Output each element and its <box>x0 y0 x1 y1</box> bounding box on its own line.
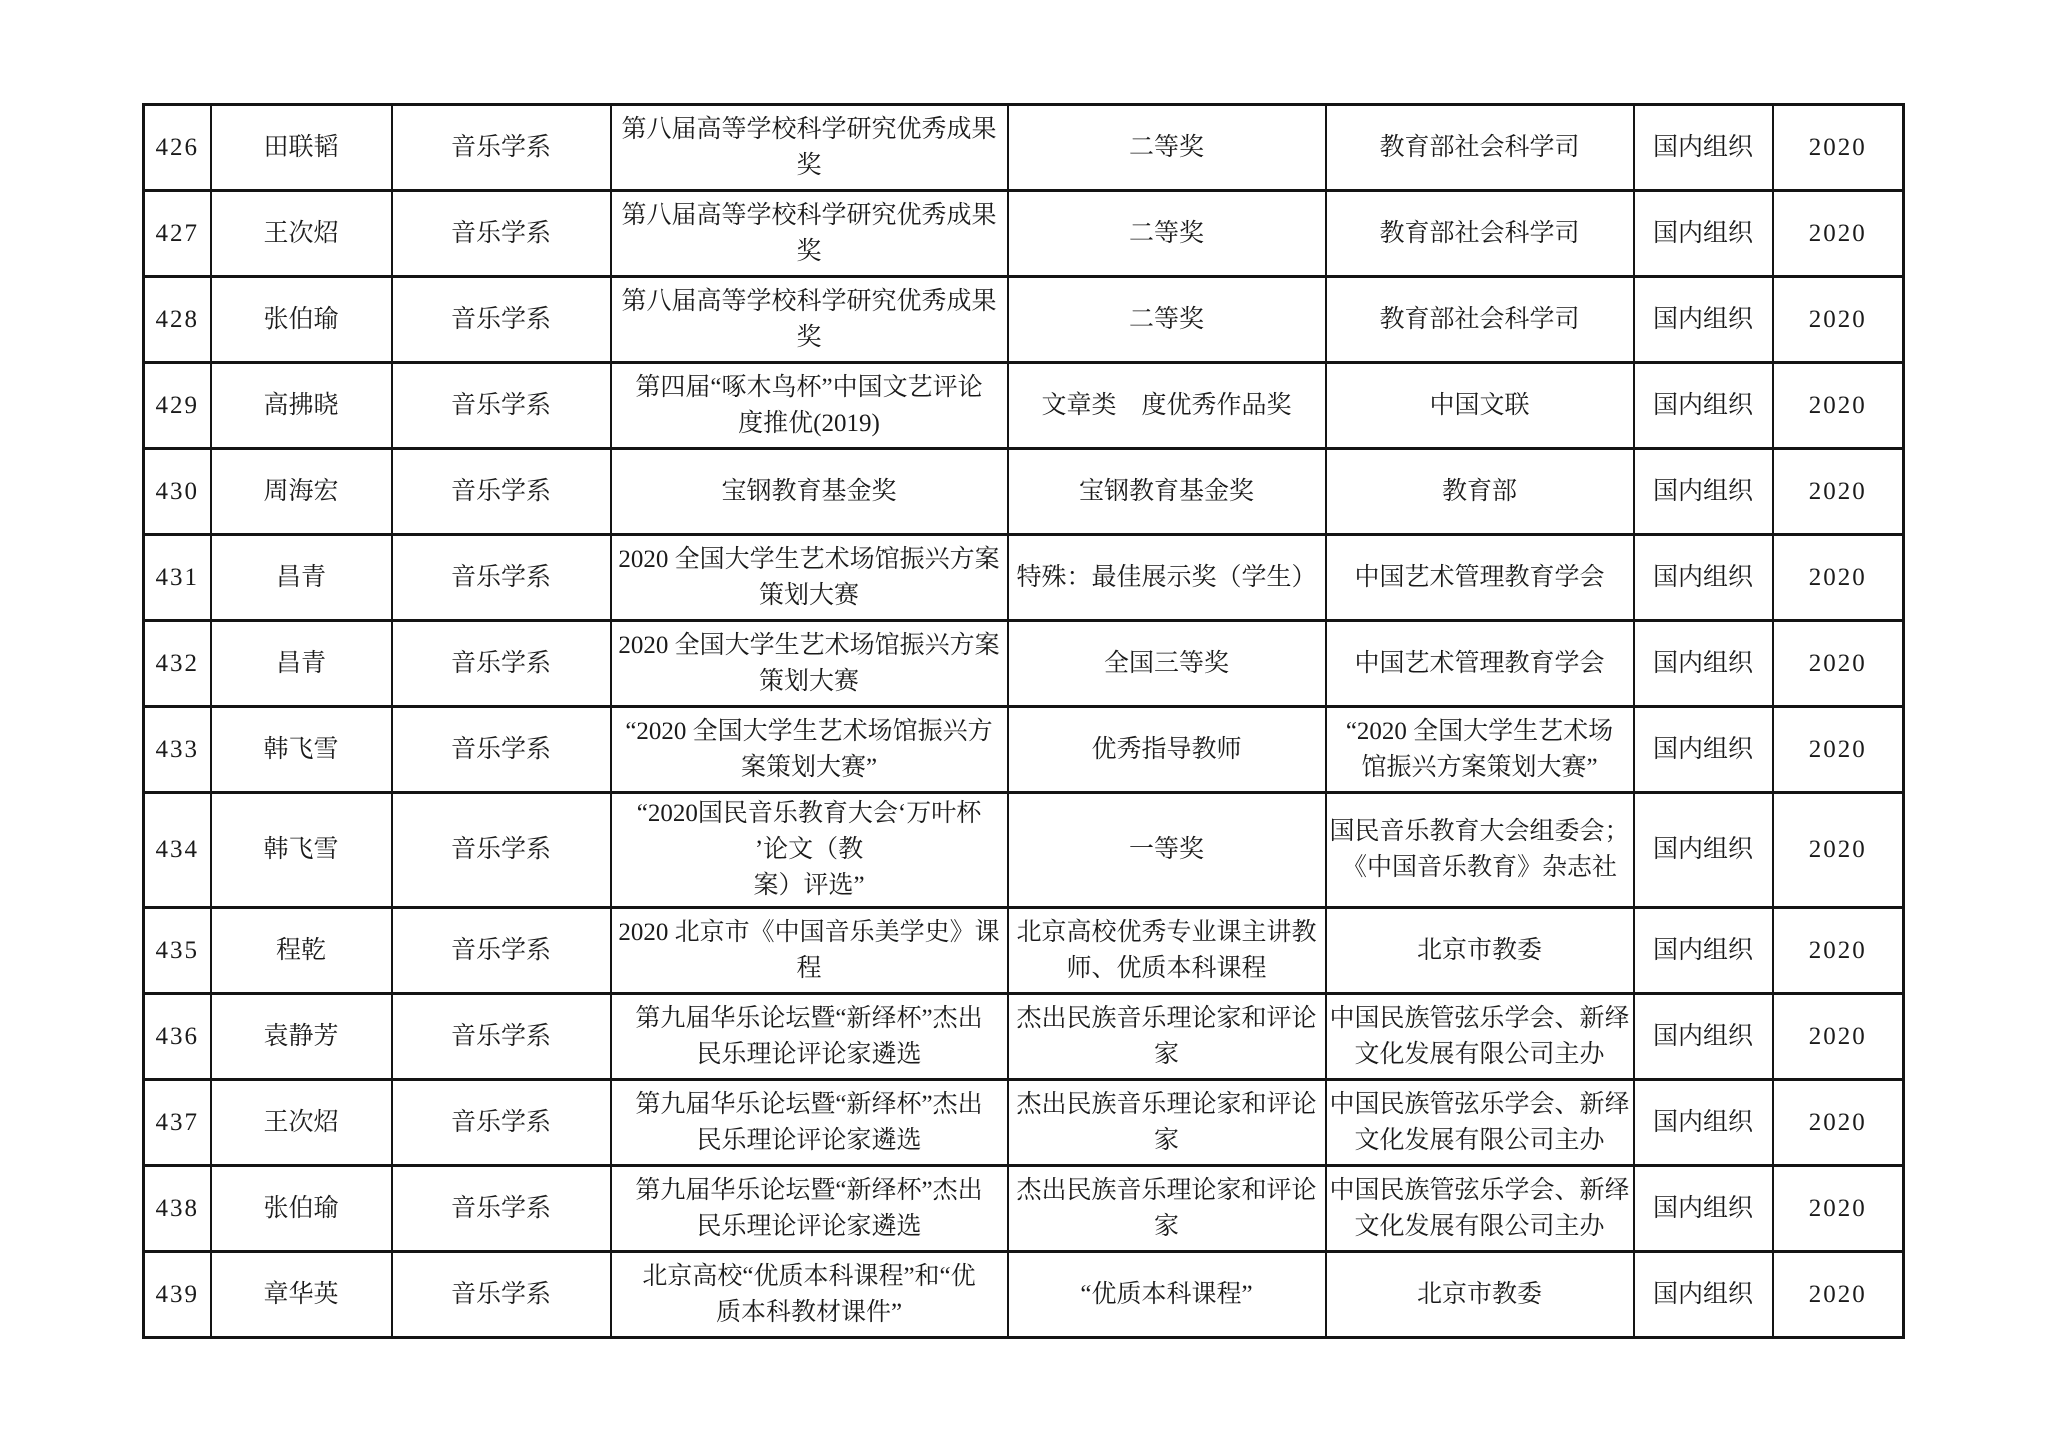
cell-award-level: 杰出民族音乐理论家和评论 家 <box>1008 1080 1326 1166</box>
cell-department: 音乐学系 <box>392 191 611 277</box>
cell-award-name: “2020国民音乐教育大会‘万叶杯 ’论文（教 案）评选” <box>611 793 1008 908</box>
cell-recipient-name: 张伯瑜 <box>211 277 392 363</box>
cell-awarding-body: 国民音乐教育大会组委会； 《中国音乐教育》杂志社 <box>1326 793 1634 908</box>
table-row: 432 昌青 音乐学系 2020 全国大学生艺术场馆振兴方案 策划大赛 全国三等… <box>144 621 1904 707</box>
cell-department: 音乐学系 <box>392 908 611 994</box>
cell-awarding-body: 北京市教委 <box>1326 908 1634 994</box>
cell-org-type: 国内组织 <box>1634 994 1773 1080</box>
cell-org-type: 国内组织 <box>1634 1252 1773 1338</box>
cell-year: 2020 <box>1773 1252 1904 1338</box>
cell-row-number: 439 <box>144 1252 211 1338</box>
cell-award-name: 第八届高等学校科学研究优秀成果 奖 <box>611 191 1008 277</box>
cell-department: 音乐学系 <box>392 1252 611 1338</box>
table-row: 431 昌青 音乐学系 2020 全国大学生艺术场馆振兴方案 策划大赛 特殊：最… <box>144 535 1904 621</box>
cell-awarding-body: 教育部 <box>1326 449 1634 535</box>
cell-year: 2020 <box>1773 707 1904 793</box>
cell-org-type: 国内组织 <box>1634 363 1773 449</box>
cell-row-number: 426 <box>144 105 211 191</box>
cell-year: 2020 <box>1773 449 1904 535</box>
cell-recipient-name: 张伯瑜 <box>211 1166 392 1252</box>
cell-award-level: 北京高校优秀专业课主讲教 师、优质本科课程 <box>1008 908 1326 994</box>
cell-org-type: 国内组织 <box>1634 1166 1773 1252</box>
cell-row-number: 434 <box>144 793 211 908</box>
cell-recipient-name: 程乾 <box>211 908 392 994</box>
cell-year: 2020 <box>1773 535 1904 621</box>
cell-row-number: 433 <box>144 707 211 793</box>
cell-award-name: 北京高校“优质本科课程”和“优 质本科教材课件” <box>611 1252 1008 1338</box>
cell-org-type: 国内组织 <box>1634 793 1773 908</box>
cell-year: 2020 <box>1773 1080 1904 1166</box>
cell-org-type: 国内组织 <box>1634 621 1773 707</box>
cell-award-name: 2020 全国大学生艺术场馆振兴方案 策划大赛 <box>611 535 1008 621</box>
table-row: 438 张伯瑜 音乐学系 第九届华乐论坛暨“新绎杯”杰出 民乐理论评论家遴选 杰… <box>144 1166 1904 1252</box>
awards-table-body: 426 田联韬 音乐学系 第八届高等学校科学研究优秀成果 奖 二等奖 教育部社会… <box>144 105 1904 1338</box>
table-row: 430 周海宏 音乐学系 宝钢教育基金奖 宝钢教育基金奖 教育部 国内组织 20… <box>144 449 1904 535</box>
cell-award-level: 杰出民族音乐理论家和评论 家 <box>1008 1166 1326 1252</box>
cell-year: 2020 <box>1773 277 1904 363</box>
cell-department: 音乐学系 <box>392 1080 611 1166</box>
cell-award-name: 第九届华乐论坛暨“新绎杯”杰出 民乐理论评论家遴选 <box>611 1166 1008 1252</box>
cell-org-type: 国内组织 <box>1634 105 1773 191</box>
cell-award-level: 特殊：最佳展示奖（学生） <box>1008 535 1326 621</box>
document-page: 426 田联韬 音乐学系 第八届高等学校科学研究优秀成果 奖 二等奖 教育部社会… <box>0 0 2048 1449</box>
cell-award-name: 宝钢教育基金奖 <box>611 449 1008 535</box>
cell-department: 音乐学系 <box>392 793 611 908</box>
cell-org-type: 国内组织 <box>1634 707 1773 793</box>
table-row: 434 韩飞雪 音乐学系 “2020国民音乐教育大会‘万叶杯 ’论文（教 案）评… <box>144 793 1904 908</box>
cell-org-type: 国内组织 <box>1634 908 1773 994</box>
cell-award-level: 文章类 度优秀作品奖 <box>1008 363 1326 449</box>
cell-department: 音乐学系 <box>392 363 611 449</box>
cell-department: 音乐学系 <box>392 449 611 535</box>
cell-award-level: “优质本科课程” <box>1008 1252 1326 1338</box>
cell-awarding-body: 中国文联 <box>1326 363 1634 449</box>
cell-row-number: 432 <box>144 621 211 707</box>
cell-awarding-body: 中国民族管弦乐学会、新绎 文化发展有限公司主办 <box>1326 1166 1634 1252</box>
cell-year: 2020 <box>1773 621 1904 707</box>
table-row: 433 韩飞雪 音乐学系 “2020 全国大学生艺术场馆振兴方 案策划大赛” 优… <box>144 707 1904 793</box>
cell-department: 音乐学系 <box>392 707 611 793</box>
cell-awarding-body: 中国民族管弦乐学会、新绎 文化发展有限公司主办 <box>1326 994 1634 1080</box>
cell-awarding-body: 中国艺术管理教育学会 <box>1326 621 1634 707</box>
cell-year: 2020 <box>1773 105 1904 191</box>
cell-awarding-body: 中国艺术管理教育学会 <box>1326 535 1634 621</box>
table-row: 429 高拂晓 音乐学系 第四届“啄木鸟杯”中国文艺评论 度推优(2019) 文… <box>144 363 1904 449</box>
cell-row-number: 437 <box>144 1080 211 1166</box>
cell-recipient-name: 王次炤 <box>211 191 392 277</box>
cell-recipient-name: 章华英 <box>211 1252 392 1338</box>
cell-year: 2020 <box>1773 793 1904 908</box>
cell-org-type: 国内组织 <box>1634 277 1773 363</box>
cell-award-level: 二等奖 <box>1008 191 1326 277</box>
cell-award-level: 二等奖 <box>1008 277 1326 363</box>
cell-recipient-name: 袁静芳 <box>211 994 392 1080</box>
cell-row-number: 430 <box>144 449 211 535</box>
cell-recipient-name: 昌青 <box>211 535 392 621</box>
cell-recipient-name: 田联韬 <box>211 105 392 191</box>
table-row: 427 王次炤 音乐学系 第八届高等学校科学研究优秀成果 奖 二等奖 教育部社会… <box>144 191 1904 277</box>
cell-award-level: 宝钢教育基金奖 <box>1008 449 1326 535</box>
cell-award-name: “2020 全国大学生艺术场馆振兴方 案策划大赛” <box>611 707 1008 793</box>
cell-award-level: 优秀指导教师 <box>1008 707 1326 793</box>
table-row: 428 张伯瑜 音乐学系 第八届高等学校科学研究优秀成果 奖 二等奖 教育部社会… <box>144 277 1904 363</box>
cell-year: 2020 <box>1773 994 1904 1080</box>
cell-year: 2020 <box>1773 1166 1904 1252</box>
cell-year: 2020 <box>1773 908 1904 994</box>
cell-award-name: 2020 北京市《中国音乐美学史》课 程 <box>611 908 1008 994</box>
table-row: 437 王次炤 音乐学系 第九届华乐论坛暨“新绎杯”杰出 民乐理论评论家遴选 杰… <box>144 1080 1904 1166</box>
cell-awarding-body: “2020 全国大学生艺术场 馆振兴方案策划大赛” <box>1326 707 1634 793</box>
cell-org-type: 国内组织 <box>1634 449 1773 535</box>
cell-award-name: 2020 全国大学生艺术场馆振兴方案 策划大赛 <box>611 621 1008 707</box>
cell-row-number: 427 <box>144 191 211 277</box>
table-row: 426 田联韬 音乐学系 第八届高等学校科学研究优秀成果 奖 二等奖 教育部社会… <box>144 105 1904 191</box>
cell-org-type: 国内组织 <box>1634 191 1773 277</box>
cell-row-number: 438 <box>144 1166 211 1252</box>
cell-row-number: 429 <box>144 363 211 449</box>
awards-table: 426 田联韬 音乐学系 第八届高等学校科学研究优秀成果 奖 二等奖 教育部社会… <box>142 103 1905 1339</box>
cell-awarding-body: 中国民族管弦乐学会、新绎 文化发展有限公司主办 <box>1326 1080 1634 1166</box>
cell-year: 2020 <box>1773 191 1904 277</box>
cell-award-level: 全国三等奖 <box>1008 621 1326 707</box>
cell-row-number: 431 <box>144 535 211 621</box>
cell-award-level: 一等奖 <box>1008 793 1326 908</box>
cell-department: 音乐学系 <box>392 277 611 363</box>
cell-row-number: 428 <box>144 277 211 363</box>
cell-award-name: 第九届华乐论坛暨“新绎杯”杰出 民乐理论评论家遴选 <box>611 1080 1008 1166</box>
cell-row-number: 435 <box>144 908 211 994</box>
cell-award-level: 二等奖 <box>1008 105 1326 191</box>
table-row: 436 袁静芳 音乐学系 第九届华乐论坛暨“新绎杯”杰出 民乐理论评论家遴选 杰… <box>144 994 1904 1080</box>
cell-department: 音乐学系 <box>392 621 611 707</box>
cell-recipient-name: 韩飞雪 <box>211 793 392 908</box>
cell-row-number: 436 <box>144 994 211 1080</box>
cell-award-name: 第八届高等学校科学研究优秀成果 奖 <box>611 105 1008 191</box>
cell-awarding-body: 北京市教委 <box>1326 1252 1634 1338</box>
cell-recipient-name: 周海宏 <box>211 449 392 535</box>
cell-recipient-name: 昌青 <box>211 621 392 707</box>
cell-recipient-name: 韩飞雪 <box>211 707 392 793</box>
cell-recipient-name: 王次炤 <box>211 1080 392 1166</box>
cell-awarding-body: 教育部社会科学司 <box>1326 277 1634 363</box>
cell-department: 音乐学系 <box>392 1166 611 1252</box>
cell-awarding-body: 教育部社会科学司 <box>1326 191 1634 277</box>
cell-org-type: 国内组织 <box>1634 535 1773 621</box>
cell-award-name: 第八届高等学校科学研究优秀成果 奖 <box>611 277 1008 363</box>
cell-department: 音乐学系 <box>392 105 611 191</box>
cell-recipient-name: 高拂晓 <box>211 363 392 449</box>
table-row: 435 程乾 音乐学系 2020 北京市《中国音乐美学史》课 程 北京高校优秀专… <box>144 908 1904 994</box>
cell-award-name: 第四届“啄木鸟杯”中国文艺评论 度推优(2019) <box>611 363 1008 449</box>
cell-org-type: 国内组织 <box>1634 1080 1773 1166</box>
cell-award-name: 第九届华乐论坛暨“新绎杯”杰出 民乐理论评论家遴选 <box>611 994 1008 1080</box>
cell-department: 音乐学系 <box>392 994 611 1080</box>
cell-year: 2020 <box>1773 363 1904 449</box>
cell-awarding-body: 教育部社会科学司 <box>1326 105 1634 191</box>
table-row: 439 章华英 音乐学系 北京高校“优质本科课程”和“优 质本科教材课件” “优… <box>144 1252 1904 1338</box>
cell-department: 音乐学系 <box>392 535 611 621</box>
cell-award-level: 杰出民族音乐理论家和评论 家 <box>1008 994 1326 1080</box>
